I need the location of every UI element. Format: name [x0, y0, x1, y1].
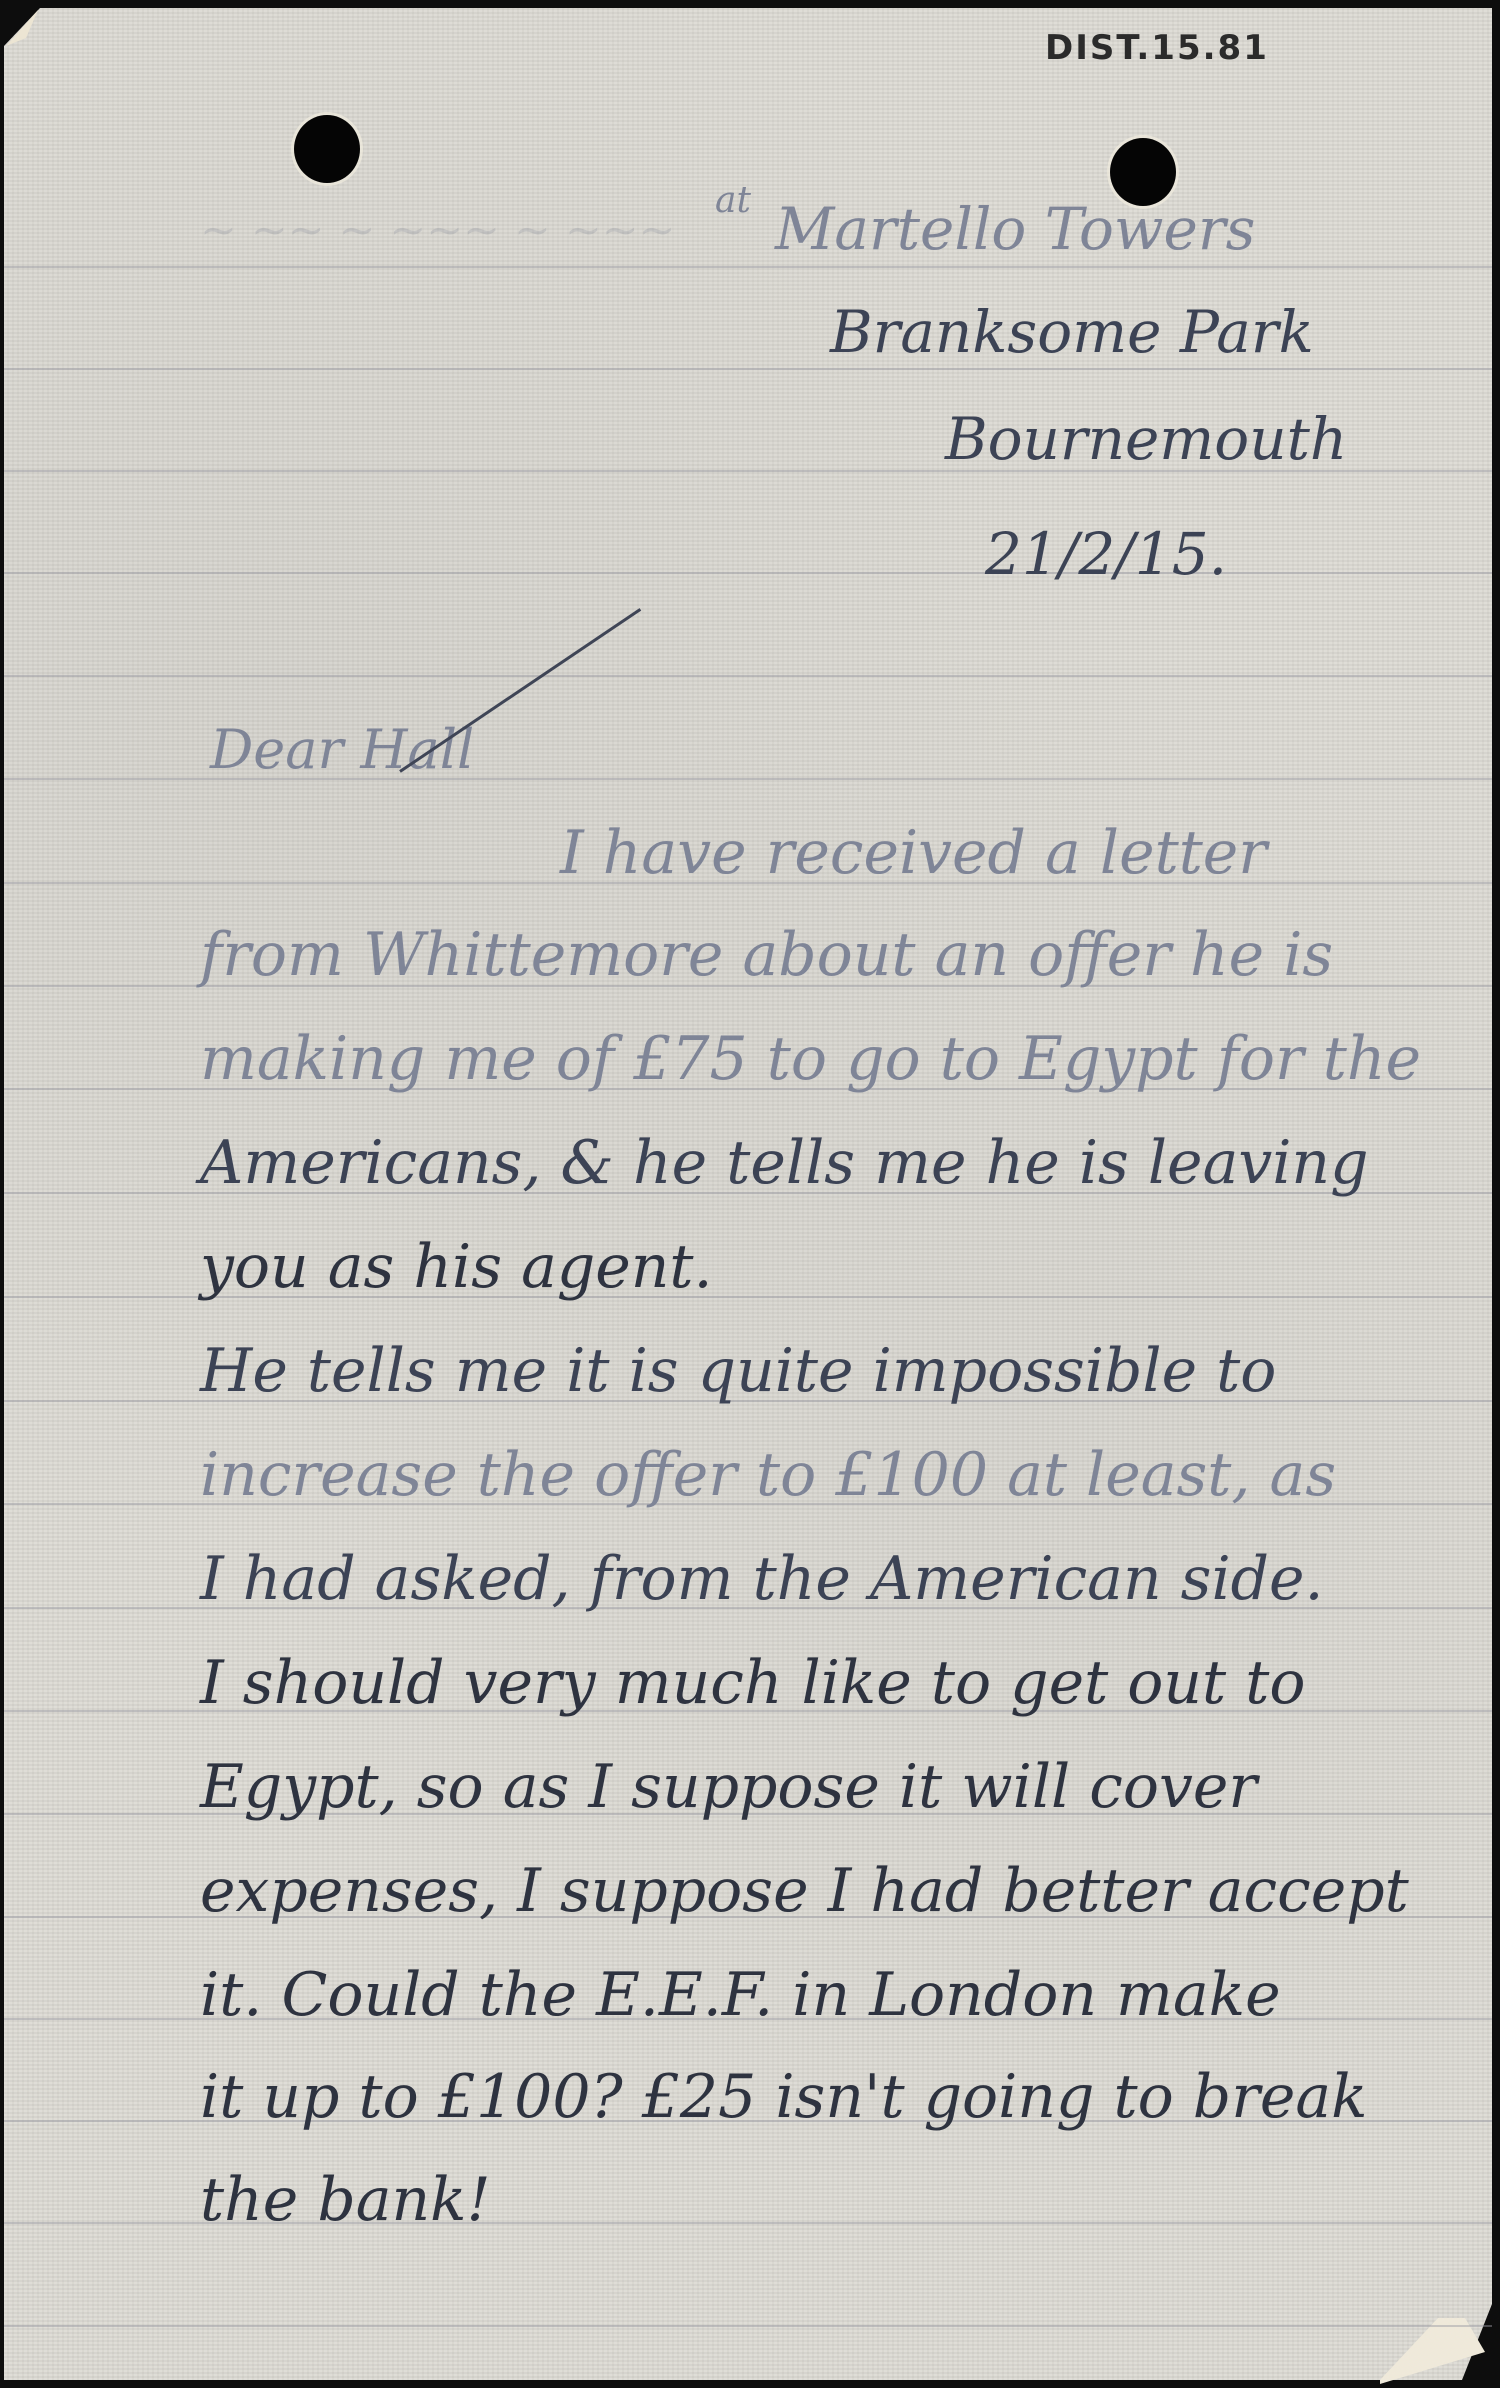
address-at-prefix: at — [715, 180, 751, 221]
ruled-line — [4, 675, 1492, 677]
body-line-11: expenses, I suppose I had better accept — [200, 1856, 1409, 1926]
address-line-3: Bournemouth — [945, 405, 1347, 473]
body-line-9: I should very much like to get out to — [200, 1648, 1305, 1718]
archive-reference-stamp: DIST.15.81 — [1045, 28, 1269, 68]
ruled-line — [4, 572, 1492, 574]
body-line-6: He tells me it is quite impossible to — [200, 1336, 1276, 1406]
body-line-4: Americans, & he tells me he is leaving — [200, 1128, 1368, 1198]
body-line-8: I had asked, from the American side. — [200, 1544, 1324, 1614]
ruled-line — [4, 368, 1492, 370]
ruled-line — [4, 266, 1492, 268]
letter-date: 21/2/15. — [985, 520, 1227, 588]
punch-hole-left — [294, 115, 360, 183]
body-line-13: it up to £100? £25 isn't going to break — [200, 2062, 1368, 2132]
address-line-2: Branksome Park — [830, 298, 1314, 366]
body-line-12: it. Could the E.E.F. in London make — [200, 1960, 1281, 2030]
address-line-1: Martello Towers — [775, 195, 1255, 263]
body-line-3: making me of £75 to go to Egypt for the — [200, 1024, 1421, 1094]
body-line-10: Egypt, so as I suppose it will cover — [200, 1752, 1257, 1822]
body-line-7: increase the offer to £100 at least, as — [200, 1440, 1336, 1510]
body-line-1: I have received a letter — [560, 818, 1267, 888]
body-line-2: from Whittemore about an offer he is — [200, 920, 1333, 990]
bleedthrough-text: ~ ~~ ~ ~~~ ~ ~~~ — [200, 205, 675, 256]
ruled-line — [4, 2325, 1492, 2327]
body-line-14: the bank! — [200, 2165, 491, 2235]
body-line-5: you as his agent. — [200, 1232, 713, 1302]
